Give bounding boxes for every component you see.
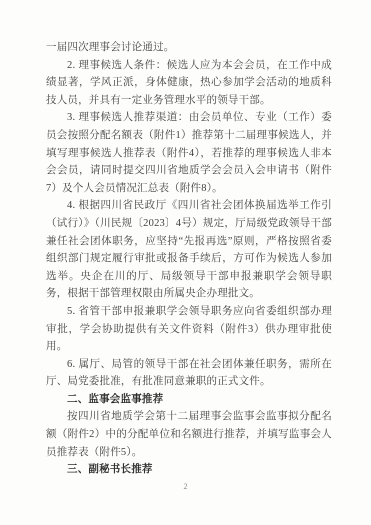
section-heading: 二、监事会监事推荐 — [46, 391, 332, 409]
paragraph: 4. 根据四川省民政厅《四川省社会团体换届选举工作引（试行）》（川民规〔2023… — [46, 197, 332, 303]
paragraph: 2. 理事候选人条件：候选人应为本会会员，在工作中成绩显著，学风正派，身体健康，… — [46, 57, 332, 110]
section-heading: 三、副秘书长推荐 — [46, 461, 332, 479]
paragraph: 3. 理事候选人推荐渠道：由会员单位、专业（工作）委员会按照分配名额表（附件1）… — [46, 109, 332, 197]
paragraph: 一届四次理事会讨论通过。 — [46, 39, 332, 57]
paragraph: 按四川省地质学会第十二届理事会监事会监事拟分配名额（附件2）中的分配单位和名额进… — [46, 408, 332, 461]
document-page: 一届四次理事会讨论通过。 2. 理事候选人条件：候选人应为本会会员，在工作中成绩… — [0, 0, 371, 525]
document-body: 一届四次理事会讨论通过。 2. 理事候选人条件：候选人应为本会会员，在工作中成绩… — [46, 39, 332, 479]
paragraph: 6. 属厅、局管的领导干部在社会团体兼任职务，需所在厅、局党委批准，有批准同意兼… — [46, 356, 332, 391]
paragraph: 5. 省管干部申报兼职学会领导职务应向省委组织部办理审批，学会协助提供有关文件资… — [46, 303, 332, 356]
page-number: 2 — [0, 482, 371, 491]
